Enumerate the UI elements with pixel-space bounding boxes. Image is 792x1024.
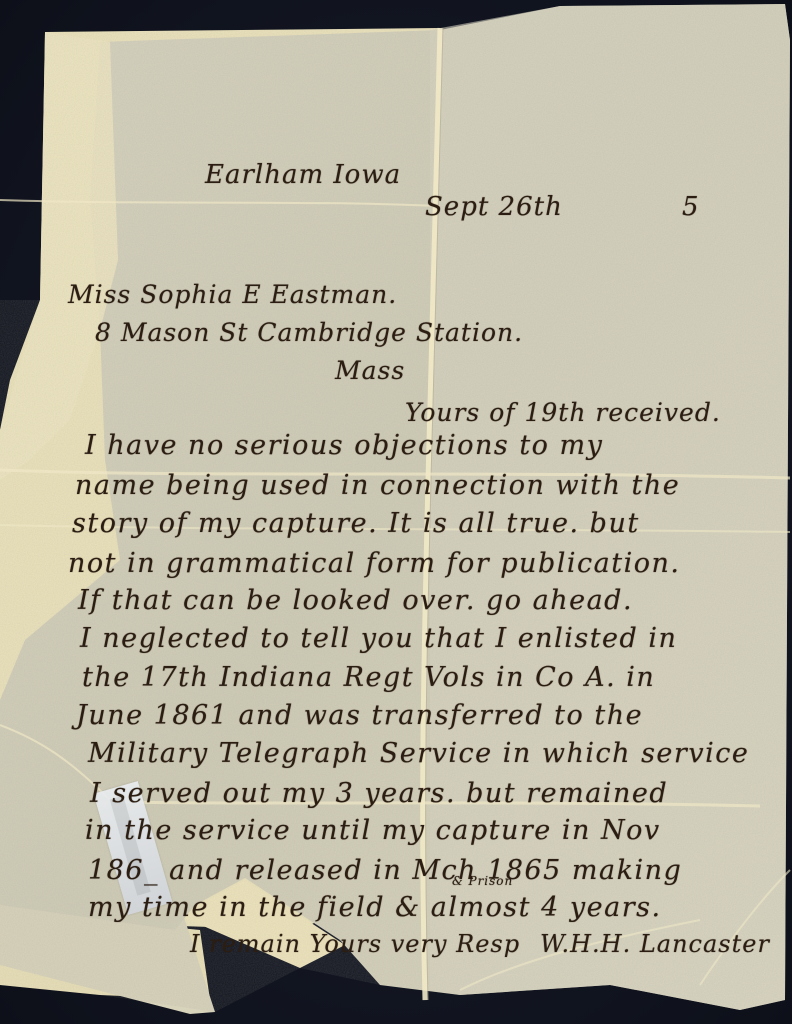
closing-text: I remain Yours very Resp [190, 930, 520, 958]
insertion-above-line: & Prison [452, 874, 513, 888]
body-line-5: If that can be looked over. go ahead. [78, 585, 633, 616]
signature: W.H.H. Lancaster [540, 930, 770, 958]
body-line-1: I have no serious objections to my [85, 430, 603, 461]
addressee-street: 8 Mason St Cambridge Station. [95, 318, 523, 347]
letter-opening: Yours of 19th received. [405, 398, 721, 427]
addressee-state: Mass [335, 356, 405, 385]
body-line-12: 186_ and released in Mch 1865 making [88, 855, 682, 886]
letter-year-fragment: 5 [682, 192, 700, 222]
addressee-name: Miss Sophia E Eastman. [68, 280, 397, 309]
letter-date: Sept 26th [425, 192, 563, 222]
scan-canvas: Earlham Iowa Sept 26th 5 Miss Sophia E E… [0, 0, 792, 1024]
body-line-8: June 1861 and was transferred to the [76, 700, 643, 731]
body-line-6: I neglected to tell you that I enlisted … [80, 623, 677, 654]
body-line-13: my time in the field & almost 4 years. [88, 892, 662, 923]
body-line-2: name being used in connection with the [75, 470, 680, 501]
body-line-7: the 17th Indiana Regt Vols in Co A. in [82, 662, 655, 693]
body-line-9: Military Telegraph Service in which serv… [88, 738, 749, 769]
body-line-11: in the service until my capture in Nov [85, 815, 661, 846]
body-line-4: not in grammatical form for publication. [68, 548, 680, 579]
letter-place: Earlham Iowa [205, 160, 401, 190]
body-line-3: story of my capture. It is all true. but [72, 508, 640, 539]
body-line-10: I served out my 3 years. but remained [90, 778, 668, 809]
